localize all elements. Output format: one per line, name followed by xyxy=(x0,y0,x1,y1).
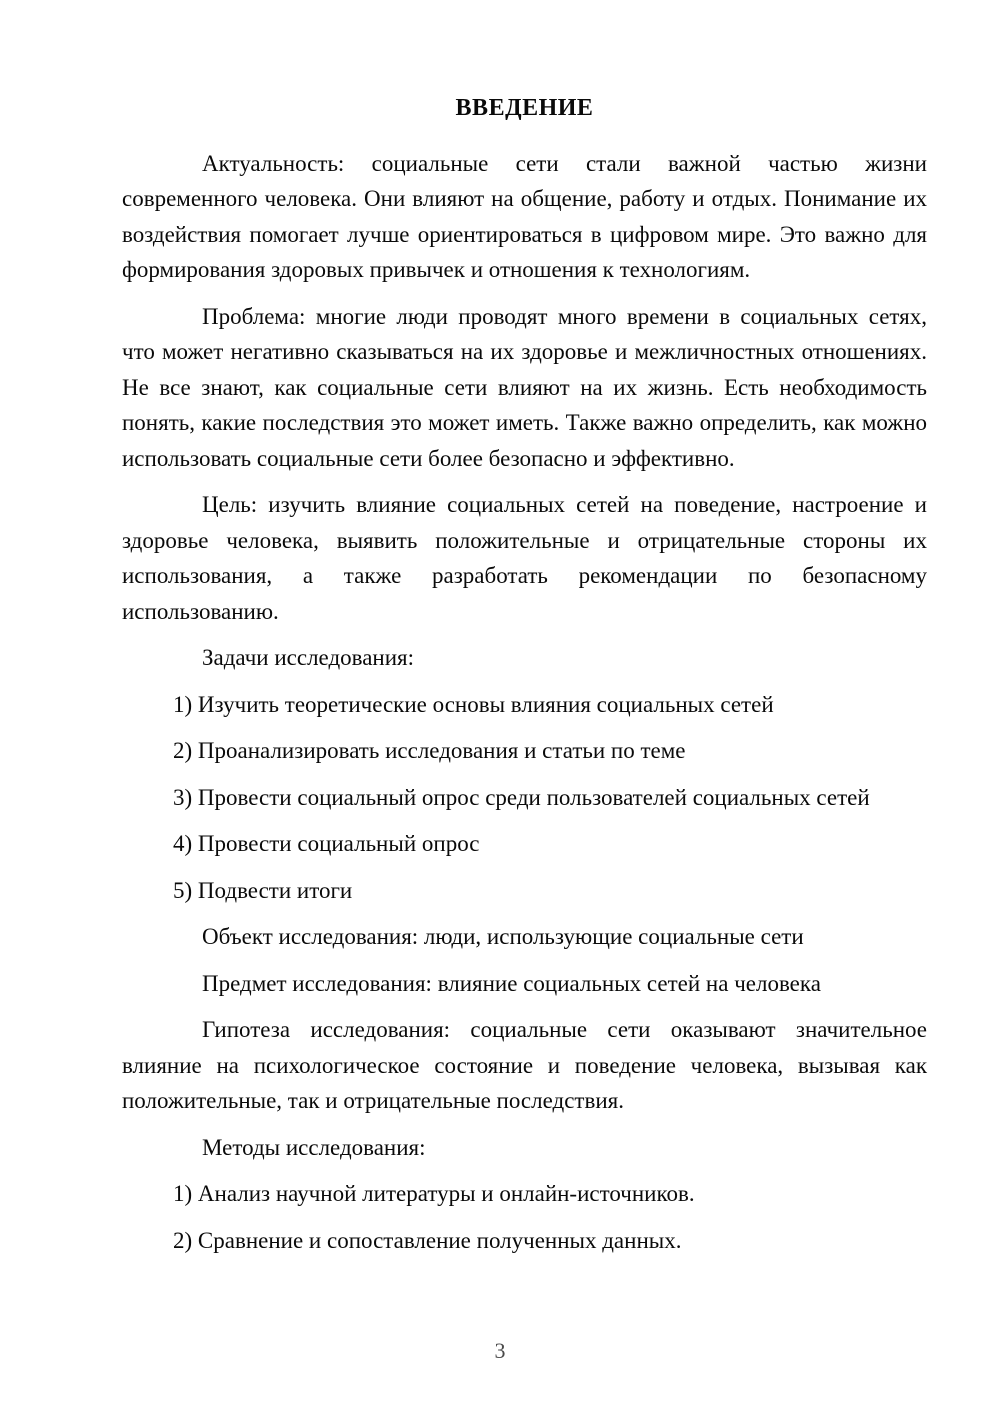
task-item-5: 5) Подвести итоги xyxy=(122,873,927,909)
task-text-1: Изучить теоретические основы влияния соц… xyxy=(198,692,774,717)
method-text-2: Сравнение и сопоставление полученных дан… xyxy=(198,1228,682,1253)
tasks-list: 1) Изучить теоретические основы влияния … xyxy=(122,687,927,909)
paragraph-subject: Предмет исследования: влияние социальных… xyxy=(122,966,927,1002)
methods-list: 1) Анализ научной литературы и онлайн-ис… xyxy=(122,1176,927,1258)
task-number-4: 4) xyxy=(173,831,192,856)
paragraph-hypothesis: Гипотеза исследования: социальные сети о… xyxy=(122,1012,927,1119)
document-page: ВВЕДЕНИЕ Актуальность: социальные сети с… xyxy=(0,0,1000,1414)
task-number-3: 3) xyxy=(173,785,192,810)
method-number-1: 1) xyxy=(173,1181,192,1206)
method-item-1: 1) Анализ научной литературы и онлайн-ис… xyxy=(122,1176,927,1212)
task-text-5: Подвести итоги xyxy=(198,878,352,903)
task-text-2: Проанализировать исследования и статьи п… xyxy=(198,738,686,763)
method-item-2: 2) Сравнение и сопоставление полученных … xyxy=(122,1223,927,1259)
task-number-2: 2) xyxy=(173,738,192,763)
task-number-5: 5) xyxy=(173,878,192,903)
paragraph-goal: Цель: изучить влияние социальных сетей н… xyxy=(122,487,927,629)
paragraph-problem: Проблема: многие люди проводят много вре… xyxy=(122,299,927,477)
task-item-4: 4) Провести социальный опрос xyxy=(122,826,927,862)
page-title: ВВЕДЕНИЕ xyxy=(122,91,927,127)
task-text-3: Провести социальный опрос среди пользова… xyxy=(198,785,870,810)
method-text-1: Анализ научной литературы и онлайн-источ… xyxy=(198,1181,695,1206)
task-item-2: 2) Проанализировать исследования и стать… xyxy=(122,733,927,769)
paragraph-object: Объект исследования: люди, использующие … xyxy=(122,919,927,955)
task-item-3: 3) Провести социальный опрос среди польз… xyxy=(122,780,927,816)
methods-heading: Методы исследования: xyxy=(122,1130,927,1166)
tasks-heading: Задачи исследования: xyxy=(122,640,927,676)
method-number-2: 2) xyxy=(173,1228,192,1253)
task-number-1: 1) xyxy=(173,692,192,717)
paragraph-relevance: Актуальность: социальные сети стали важн… xyxy=(122,146,927,288)
task-item-1: 1) Изучить теоретические основы влияния … xyxy=(122,687,927,723)
task-text-4: Провести социальный опрос xyxy=(198,831,480,856)
page-number: 3 xyxy=(0,1333,1000,1369)
